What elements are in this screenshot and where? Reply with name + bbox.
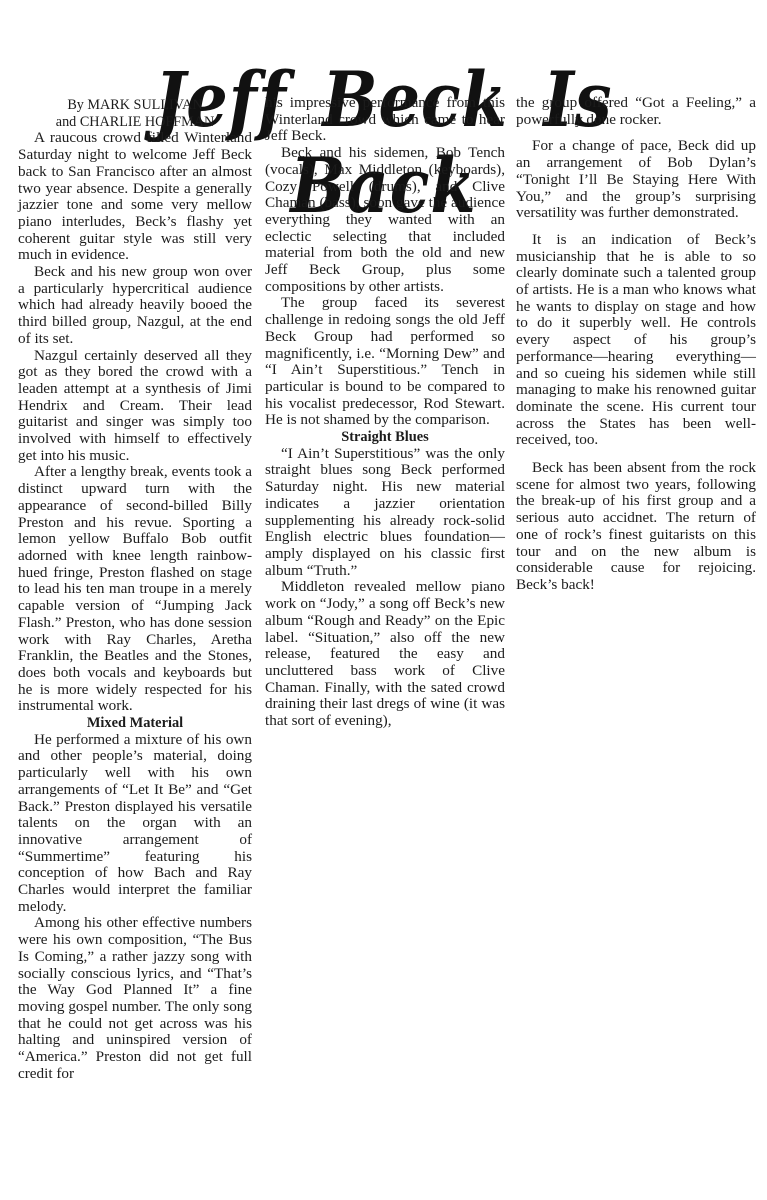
paragraph: The group faced its severest challenge i…: [265, 295, 505, 429]
paragraph: It is an indication of Beck’s musiciansh…: [516, 232, 756, 449]
article-column-1: By MARK SULLIVAN and CHARLIE HOFFMAN A r…: [18, 95, 252, 1082]
paragraph: Among his other effective numbers were h…: [18, 915, 252, 1082]
byline-author-2: and CHARLIE HOFFMAN: [18, 114, 252, 131]
article-column-2: his impressive performance from this Win…: [265, 95, 505, 730]
paragraph-continued: the group offered “Got a Feeling,” a pow…: [516, 95, 756, 128]
paragraph: Middleton revealed mellow piano work on …: [265, 579, 505, 729]
paragraph: After a lengthy break, events took a dis…: [18, 464, 252, 715]
paragraph: Nazgul certainly deserved all they got a…: [18, 348, 252, 465]
paragraph: A raucous crowd filled Winterland Saturd…: [18, 130, 252, 264]
paragraph: Beck and his new group won over a partic…: [18, 264, 252, 348]
subhead-straight-blues: Straight Blues: [265, 429, 505, 446]
paragraph-continued: his impressive performance from this Win…: [265, 95, 505, 145]
paragraph: For a change of pace, Beck did up an arr…: [516, 138, 756, 222]
paragraph: He performed a mixture of his own and ot…: [18, 732, 252, 916]
byline-author-1: By MARK SULLIVAN: [18, 97, 252, 114]
paragraph: “I Ain’t Superstitious” was the only str…: [265, 446, 505, 580]
subhead-mixed-material: Mixed Material: [18, 715, 252, 732]
paragraph: Beck and his sidemen, Bob Tench (vocals)…: [265, 145, 505, 295]
article-column-3: the group offered “Got a Feeling,” a pow…: [516, 95, 756, 594]
paragraph: Beck has been absent from the rock scene…: [516, 460, 756, 594]
